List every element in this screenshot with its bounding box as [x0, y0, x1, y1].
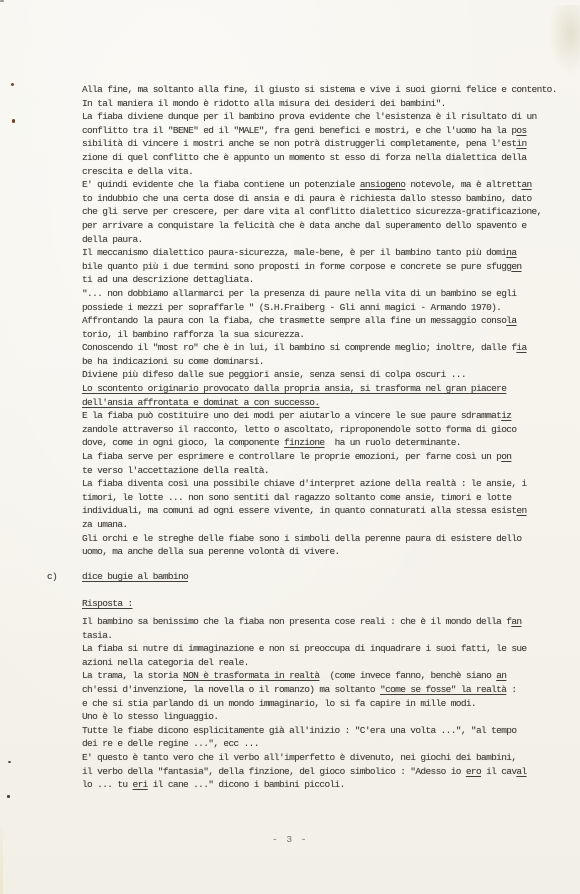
- scan-smudge: [548, 5, 580, 75]
- typed-line: La fiaba diviene dunque per il bambino p…: [82, 110, 552, 124]
- typed-line: e che si stia parlando di un mondo immag…: [82, 697, 552, 711]
- typed-line: to indubbio che una certa dose di ansia …: [82, 192, 552, 206]
- typed-line: La fiaba si nutre di immaginazione e non…: [82, 642, 552, 656]
- typed-line: La fiaba serve per esprimere e controlla…: [82, 450, 552, 464]
- typed-line: Lo scontento originario provocato dalla …: [82, 382, 552, 396]
- ink-speck: [11, 83, 14, 86]
- typed-line: possiede i mezzi per sopraffarle " (S.H.…: [82, 301, 552, 315]
- typed-line: Gli orchi e le streghe delle fiabe sono …: [82, 532, 552, 546]
- section-c-marker: c): [47, 570, 57, 584]
- typed-line: Tutte le fiabe dicono esplicitamente già…: [82, 724, 552, 738]
- document-page: Alla fine, ma soltanto alla fine, il giu…: [0, 0, 580, 894]
- ink-speck: [8, 761, 11, 763]
- typed-line: che gli serve per crescere, per dare vit…: [82, 205, 552, 219]
- typed-line: Uno è lo stesso linguaggio.: [82, 710, 552, 724]
- ink-speck: [7, 795, 10, 798]
- typed-line: Il meccanismo dialettico paura-sicurezza…: [82, 246, 552, 260]
- typed-line: individuali, ma comuni ad ogni essere vi…: [82, 504, 552, 518]
- answer-paragraph: Il bambino sa benissimo che la fiaba non…: [82, 615, 552, 792]
- typed-line: crescita e della vita.: [82, 165, 552, 179]
- typed-line: il verbo della "fantasia", della finzion…: [82, 765, 552, 779]
- typed-line: timori, le lotte ... non sono sentiti da…: [82, 491, 552, 505]
- typed-line: Il bambino sa benissimo che la fiaba non…: [82, 615, 552, 629]
- typed-line: "... non dobbiamo allarmarci per la pres…: [82, 287, 552, 301]
- section-c-heading: dice bugie al bambino: [82, 570, 188, 584]
- typed-line: La fiaba diventa così una possibile chia…: [82, 477, 552, 491]
- typed-line: ti ad una descrizione dettagliata.: [82, 273, 552, 287]
- typed-line: La trama, la storia NON è trasformata in…: [82, 669, 552, 683]
- typed-line: uomo, ma anche della sua perenne volontà…: [82, 545, 552, 559]
- risposta-heading: Risposta :: [82, 597, 133, 611]
- typed-line: dei re e delle regine ...", ecc ...: [82, 737, 552, 751]
- typed-line: Diviene più difeso dalle sue peggiori an…: [82, 368, 552, 382]
- typed-line: tasia.: [82, 629, 552, 643]
- ink-speck: [12, 119, 15, 123]
- typed-line: ch'essi d'invenzione, la novella o il ro…: [82, 683, 552, 697]
- typed-line: In tal maniera il mondo è ridotto alla m…: [82, 97, 552, 111]
- typed-line: zione di quel conflitto che è appunto un…: [82, 151, 552, 165]
- typed-line: azioni nella categoria del reale.: [82, 656, 552, 670]
- typed-line: lo ... tu eri il cane ..." dicono i bamb…: [82, 778, 552, 792]
- typed-line: Conoscendo il "most ro" che è in lui, il…: [82, 341, 552, 355]
- typed-line: sibilità di vincere i mostri anche se no…: [82, 137, 552, 151]
- typed-line: E la fiaba può costituire uno dei modi p…: [82, 409, 552, 423]
- typed-line: della paura.: [82, 233, 552, 247]
- typed-line: conflitto tra il "BENE" ed il "MALE", fr…: [82, 124, 552, 138]
- typed-line: be ha indicazioni su come dominarsi.: [82, 355, 552, 369]
- typed-line: za umana.: [82, 518, 552, 532]
- typed-line: torio, il bambino rafforza la sua sicure…: [82, 328, 552, 342]
- typed-line: dell'ansia affrontata e dominat a con su…: [82, 396, 552, 410]
- margin-dash-mark: [0, 0, 4, 2]
- typed-line: dice bugie al bambino: [82, 570, 188, 584]
- typed-line: Risposta :: [82, 597, 133, 611]
- typed-line: bile quanto più i due termini sono propo…: [82, 260, 552, 274]
- typed-line: zandole attraverso il racconto, letto o …: [82, 423, 552, 437]
- typed-line: per arrivare a conquistare la felicità c…: [82, 219, 552, 233]
- page-number: - 3 -: [0, 833, 580, 847]
- typed-line: E' quindi evidente che la fiaba contiene…: [82, 178, 552, 192]
- typed-line: E' questo è tanto vero che il verbo all'…: [82, 751, 552, 765]
- typed-line: dove, come in ogni gioco, la componente …: [82, 436, 552, 450]
- typed-line: Alla fine, ma soltanto alla fine, il giu…: [82, 83, 552, 97]
- typed-line: Affrontando la paura con la fiaba, che t…: [82, 314, 552, 328]
- typed-line: te verso l'accettazione della realtà.: [82, 464, 552, 478]
- main-paragraph: Alla fine, ma soltanto alla fine, il giu…: [82, 83, 552, 559]
